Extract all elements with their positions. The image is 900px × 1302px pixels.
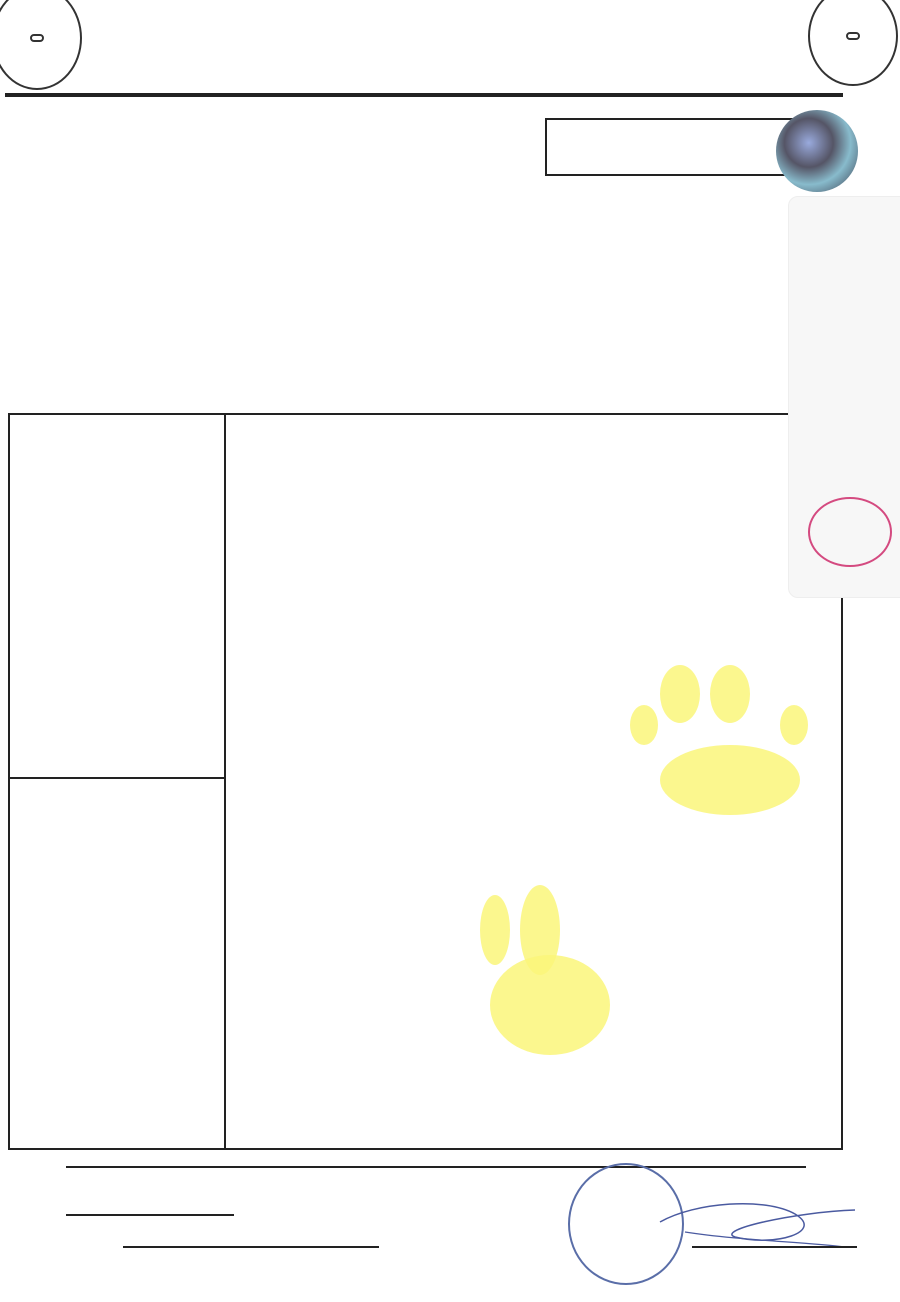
fci-emblem-icon	[808, 0, 898, 86]
lkf-logo-text	[30, 34, 44, 42]
paw-print-icon	[630, 705, 658, 745]
lkf-emblem-icon	[0, 0, 82, 90]
signature-scribble-icon	[655, 1192, 865, 1252]
paw-print-icon	[780, 705, 808, 745]
signature-rule	[692, 1246, 857, 1248]
paw-print-icon	[660, 745, 800, 815]
cmku-stamp-icon	[808, 497, 892, 567]
signer-rule	[66, 1214, 234, 1216]
sire-cell	[10, 415, 226, 779]
header-divider	[5, 93, 843, 97]
dam-cell	[10, 777, 226, 1150]
pedigree-table	[8, 413, 843, 1150]
paw-print-icon	[710, 665, 750, 723]
fci-logo-text	[846, 32, 860, 40]
paw-print-icon	[480, 895, 510, 965]
issue-date-rule	[123, 1246, 379, 1248]
breeder-field	[9, 331, 15, 351]
footer-top-rule	[66, 1166, 806, 1168]
owner-field	[9, 378, 15, 398]
paw-print-icon	[660, 665, 700, 723]
registration-number-box	[545, 118, 797, 176]
hologram-seal-icon	[776, 110, 858, 192]
paw-print-icon	[490, 955, 610, 1055]
